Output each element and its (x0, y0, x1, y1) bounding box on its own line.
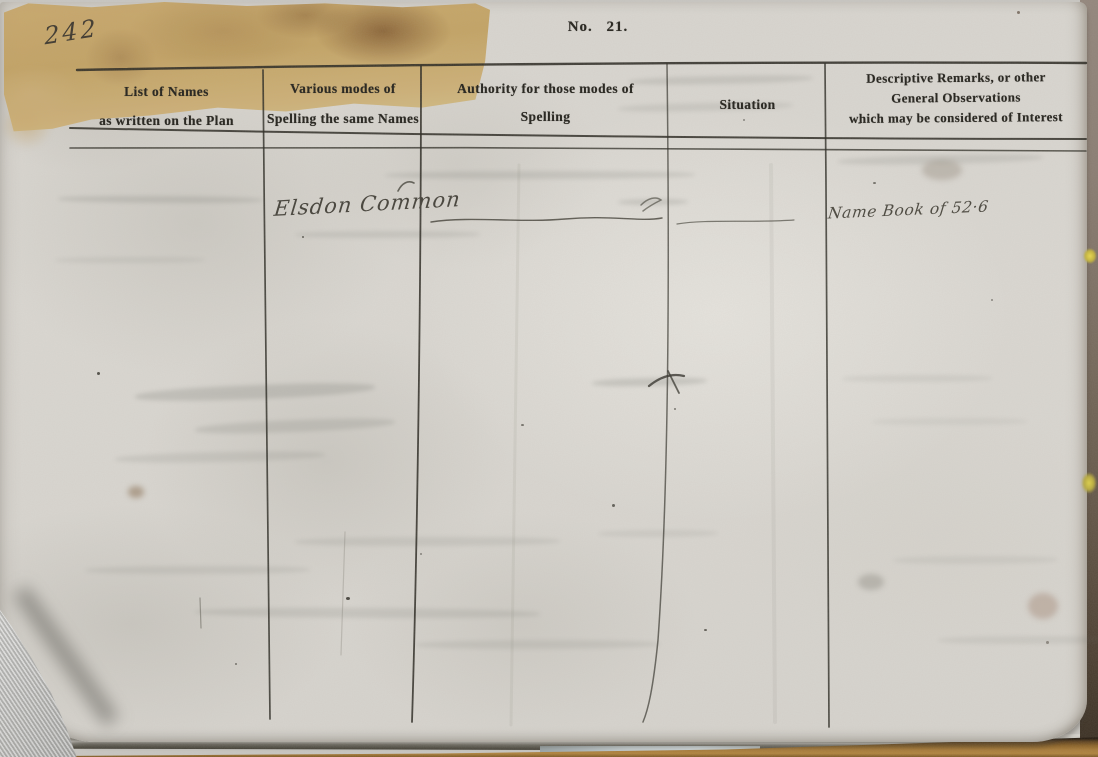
column-header-spelling-modes-line2: Spelling the same Names (265, 112, 421, 126)
column-header-remarks-line3: which may be considered of Interest (827, 110, 1085, 125)
column-header-remarks-line1: Descriptive Remarks, or other (827, 70, 1085, 85)
column-header-situation: Situation (670, 98, 825, 112)
column-header-names-line1: List of Names (70, 85, 263, 99)
column-header-remarks-line2: General Observations (827, 90, 1085, 105)
sheet-number: No. 21. (538, 20, 658, 35)
column-header-authority-line2: Spelling (423, 110, 668, 124)
binding-spot (1081, 472, 1097, 494)
photograph-of-register-page: No. 21. List of Names as written on the … (0, 0, 1098, 757)
column-header-spelling-modes-line1: Various modes of (265, 82, 421, 96)
column-header-authority-line1: Authority for those modes of (423, 82, 668, 96)
column-header-names-line2: as written on the Plan (70, 114, 263, 128)
binding-spot (1083, 248, 1097, 264)
